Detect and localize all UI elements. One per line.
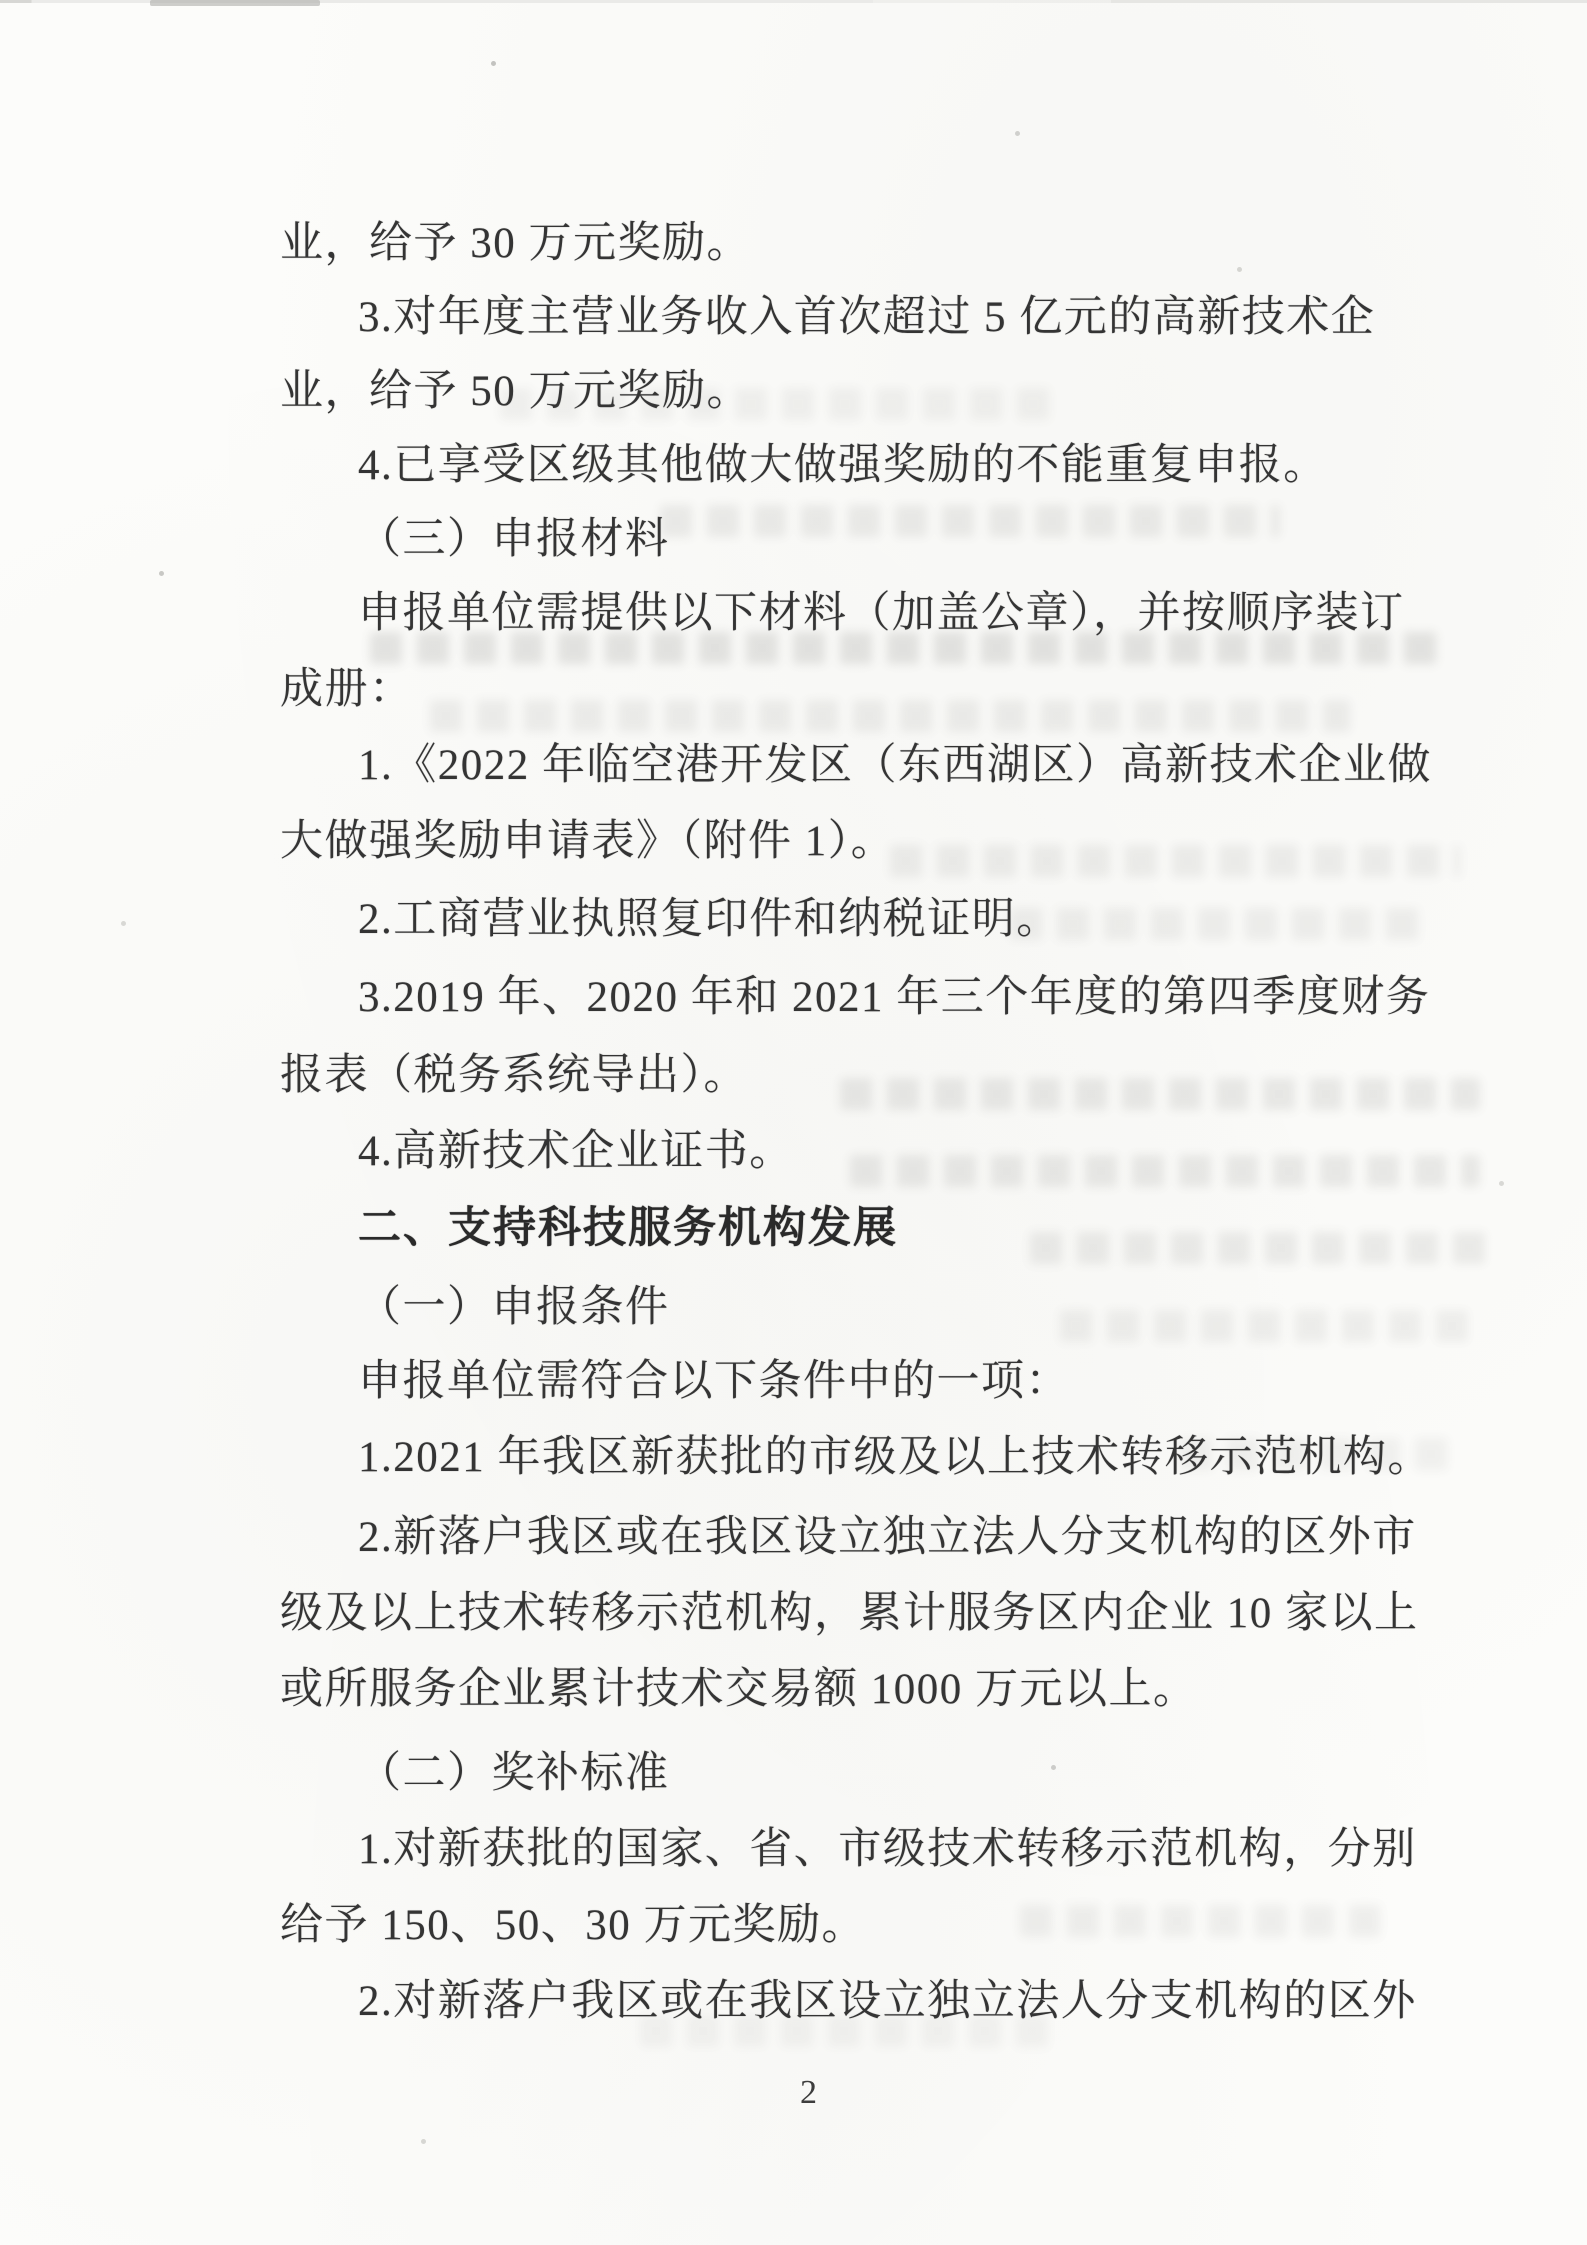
page-number: 2 — [800, 2074, 860, 2112]
text-line: 1.《2022 年临空港开发区（东西湖区）高新技术企业做 — [358, 740, 1432, 792]
bleed-through-artifact — [1020, 1905, 1380, 1937]
text-line: 业，给予 50 万元奖励。 — [280, 366, 751, 418]
text-line: 2.新落户我区或在我区设立独立法人分支机构的区外市 — [358, 1512, 1417, 1564]
text-line: 申报单位需提供以下材料（加盖公章），并按顺序装订 — [358, 588, 1405, 640]
text-line: 1.对新获批的国家、省、市级技术转移示范机构，分别 — [358, 1824, 1417, 1876]
subsection-heading: （三）申报材料 — [358, 514, 670, 566]
text-line: 级及以上技术转移示范机构，累计服务区内企业 10 家以上 — [280, 1588, 1419, 1640]
text-line: 申报单位需符合以下条件中的一项： — [358, 1356, 1070, 1408]
section-heading: 二、支持科技服务机构发展 — [358, 1202, 898, 1254]
text-line: 给予 150、50、30 万元奖励。 — [280, 1900, 866, 1952]
text-line: 或所服务企业累计技术交易额 1000 万元以上。 — [280, 1664, 1198, 1716]
text-line: 4.已享受区级其他做大做强奖励的不能重复申报。 — [358, 440, 1328, 492]
text-line: 大做强奖励申请表》（附件 1）。 — [280, 816, 895, 868]
bleed-through-artifact — [1010, 908, 1430, 940]
text-line: 成册： — [280, 664, 414, 716]
bleed-through-artifact — [840, 1078, 1480, 1110]
bleed-through-artifact — [430, 700, 1350, 732]
text-line: 3.对年度主营业务收入首次超过 5 亿元的高新技术企 — [358, 292, 1375, 344]
text-line: 3.2019 年、2020 年和 2021 年三个年度的第四季度财务 — [358, 972, 1430, 1024]
bleed-through-artifact — [850, 1155, 1480, 1187]
text-line: 2.工商营业执照复印件和纳税证明。 — [358, 894, 1061, 946]
text-line: 1.2021 年我区新获批的市级及以上技术转移示范机构。 — [358, 1432, 1432, 1484]
text-line: 报表（税务系统导出）。 — [280, 1050, 748, 1102]
bleed-through-artifact — [660, 505, 1280, 537]
text-line: 业，给予 30 万元奖励。 — [280, 218, 751, 270]
scan-edge-artifact — [150, 0, 320, 6]
paper-speck-artifacts — [0, 0, 3, 3]
bleed-through-artifact — [890, 845, 1460, 877]
scanned-document-page: 业，给予 30 万元奖励。 3.对年度主营业务收入首次超过 5 亿元的高新技术企… — [0, 0, 1587, 2245]
bleed-through-artifact — [1030, 1232, 1490, 1264]
subsection-heading: （二）奖补标准 — [358, 1748, 670, 1800]
text-line: 2.对新落户我区或在我区设立独立法人分支机构的区外 — [358, 1976, 1417, 2028]
bleed-through-artifact — [1060, 1310, 1470, 1342]
subsection-heading: （一）申报条件 — [358, 1282, 670, 1334]
text-line: 4.高新技术企业证书。 — [358, 1126, 794, 1178]
